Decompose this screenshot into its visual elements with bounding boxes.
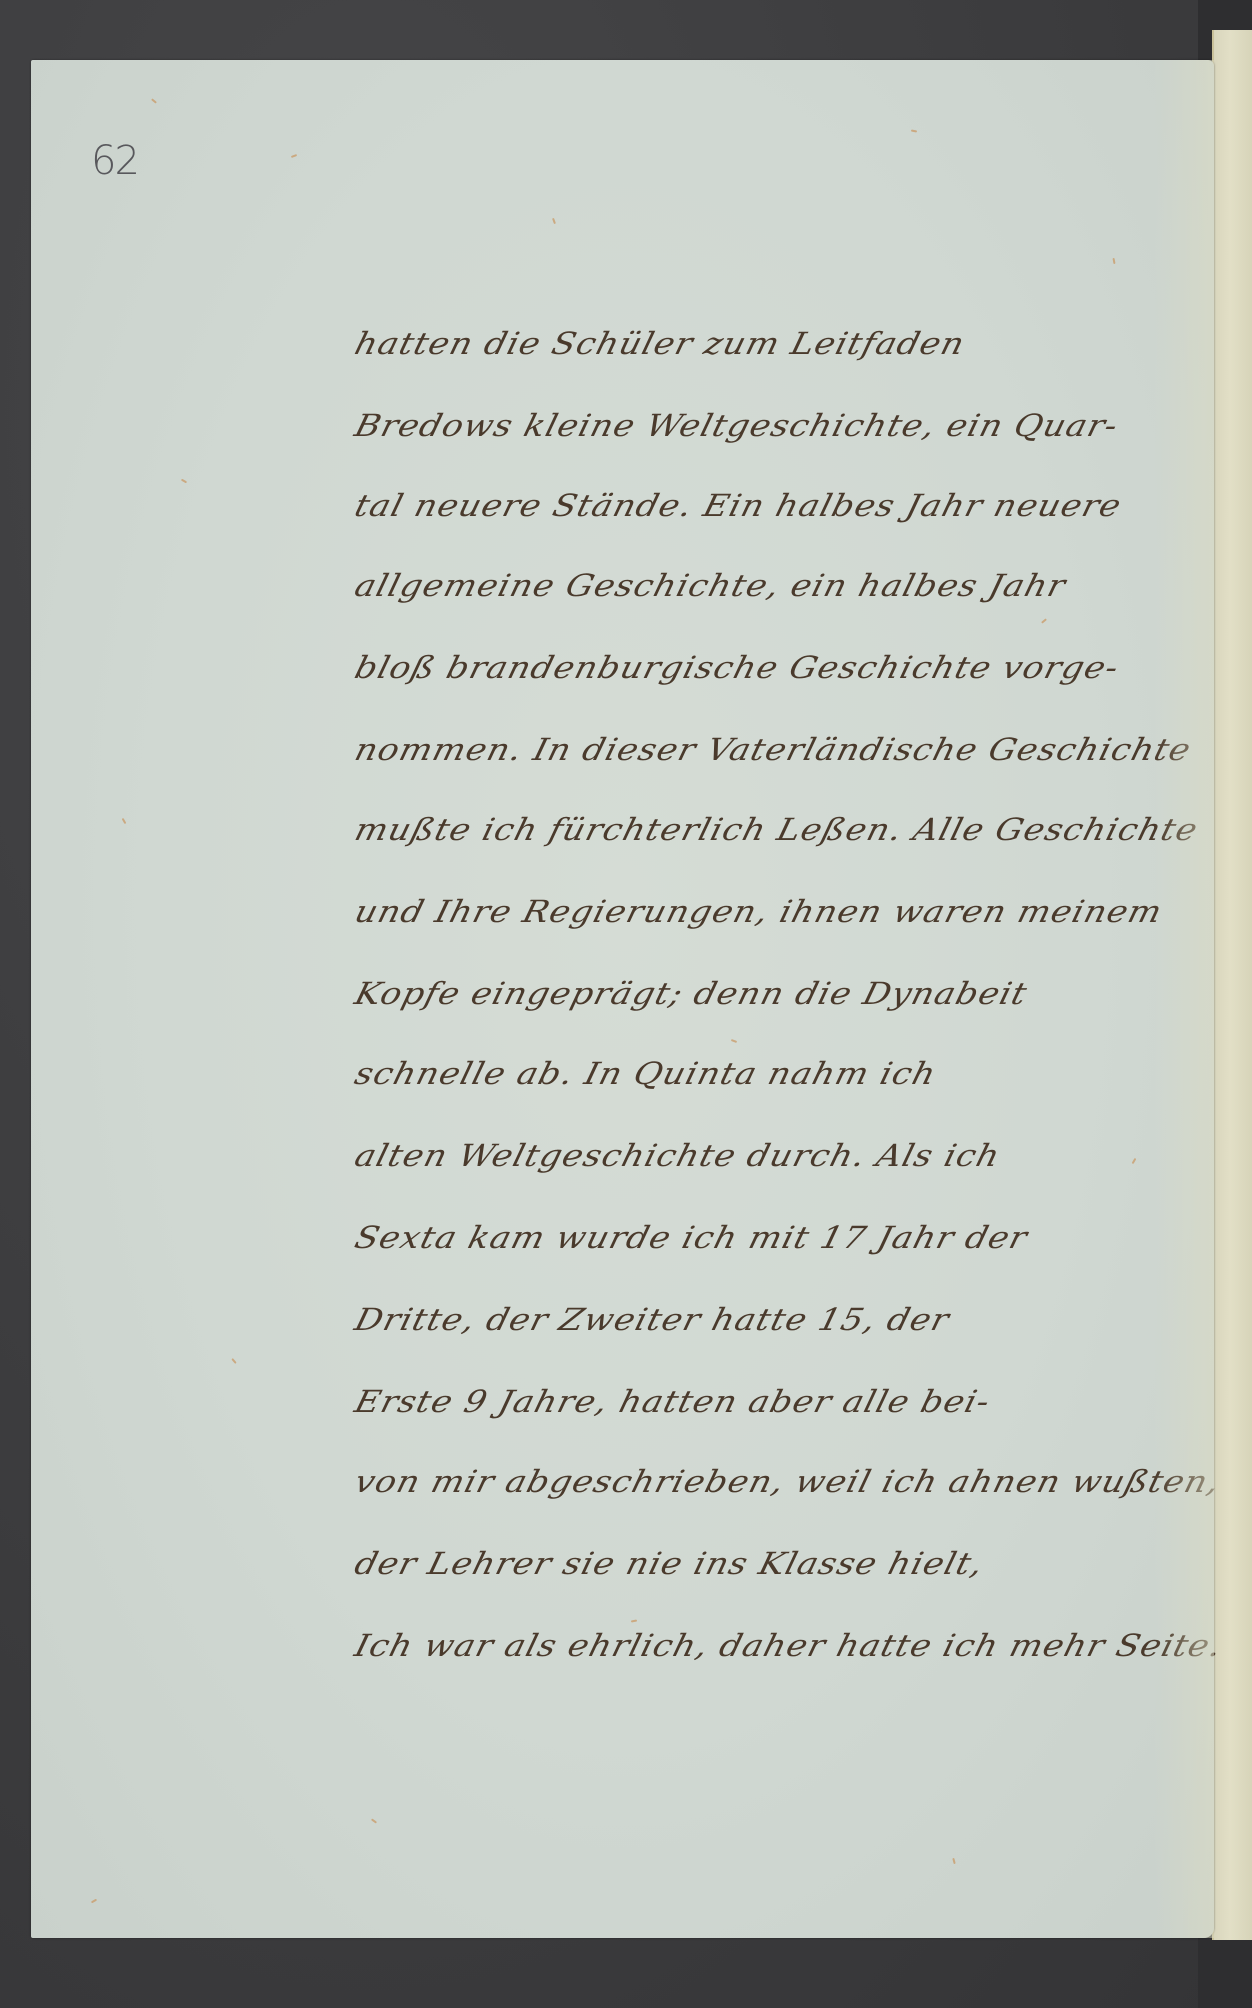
text-line: bloß brandenburgische Geschichte vorge- bbox=[351, 650, 1123, 686]
text-line: und Ihre Regierungen, ihnen waren meinem bbox=[351, 894, 1166, 930]
paper-fleck bbox=[1041, 618, 1047, 623]
folio-number: 62 bbox=[91, 138, 138, 184]
paper-fleck bbox=[731, 1039, 737, 1043]
paper-fleck bbox=[631, 1619, 637, 1622]
manuscript-page: 62 hatten die Schüler zum Leitfaden Bred… bbox=[31, 60, 1214, 1938]
text-line: mußte ich fürchterlich Leßen. Alle Gesch… bbox=[351, 812, 1202, 848]
paper-fleck bbox=[552, 218, 556, 224]
paper-fleck bbox=[1112, 258, 1115, 264]
text-line: tal neuere Stände. Ein halbes Jahr neuer… bbox=[351, 488, 1125, 524]
paper-fleck bbox=[911, 129, 917, 132]
paper-fleck bbox=[371, 1818, 377, 1823]
text-line: der Lehrer sie nie ins Klasse hielt, bbox=[351, 1546, 988, 1582]
paper-fleck bbox=[151, 98, 157, 103]
text-line: nommen. In dieser Vaterländische Geschic… bbox=[351, 732, 1195, 768]
text-line: Kopfe eingeprägt; denn die Dynabeit bbox=[351, 976, 1031, 1012]
text-line: Erste 9 Jahre, hatten aber alle bei- bbox=[351, 1384, 994, 1420]
text-line: alten Weltgeschichte durch. Als ich bbox=[351, 1138, 1004, 1174]
paper-fleck bbox=[91, 1899, 97, 1904]
text-line: Sexta kam wurde ich mit 17 Jahr der bbox=[351, 1220, 1031, 1256]
text-line: allgemeine Geschichte, ein halbes Jahr bbox=[351, 568, 1070, 604]
paper-fleck bbox=[231, 1358, 236, 1364]
paper-fleck bbox=[952, 1858, 955, 1864]
paper-fleck bbox=[181, 479, 187, 484]
text-line: Ich war als ehrlich, daher hatte ich meh… bbox=[351, 1628, 1226, 1664]
text-line: Bredows kleine Weltgeschichte, ein Quar- bbox=[351, 408, 1122, 444]
paper-fleck bbox=[291, 154, 297, 158]
text-line: hatten die Schüler zum Leitfaden bbox=[351, 326, 969, 362]
text-line: schnelle ab. In Quinta nahm ich bbox=[351, 1056, 940, 1092]
text-line: Dritte, der Zweiter hatte 15, der bbox=[351, 1302, 953, 1338]
paper-fleck bbox=[1132, 1158, 1137, 1164]
paper-fleck bbox=[122, 818, 127, 824]
text-line: von mir abgeschrieben, weil ich ahnen wu… bbox=[351, 1464, 1224, 1500]
